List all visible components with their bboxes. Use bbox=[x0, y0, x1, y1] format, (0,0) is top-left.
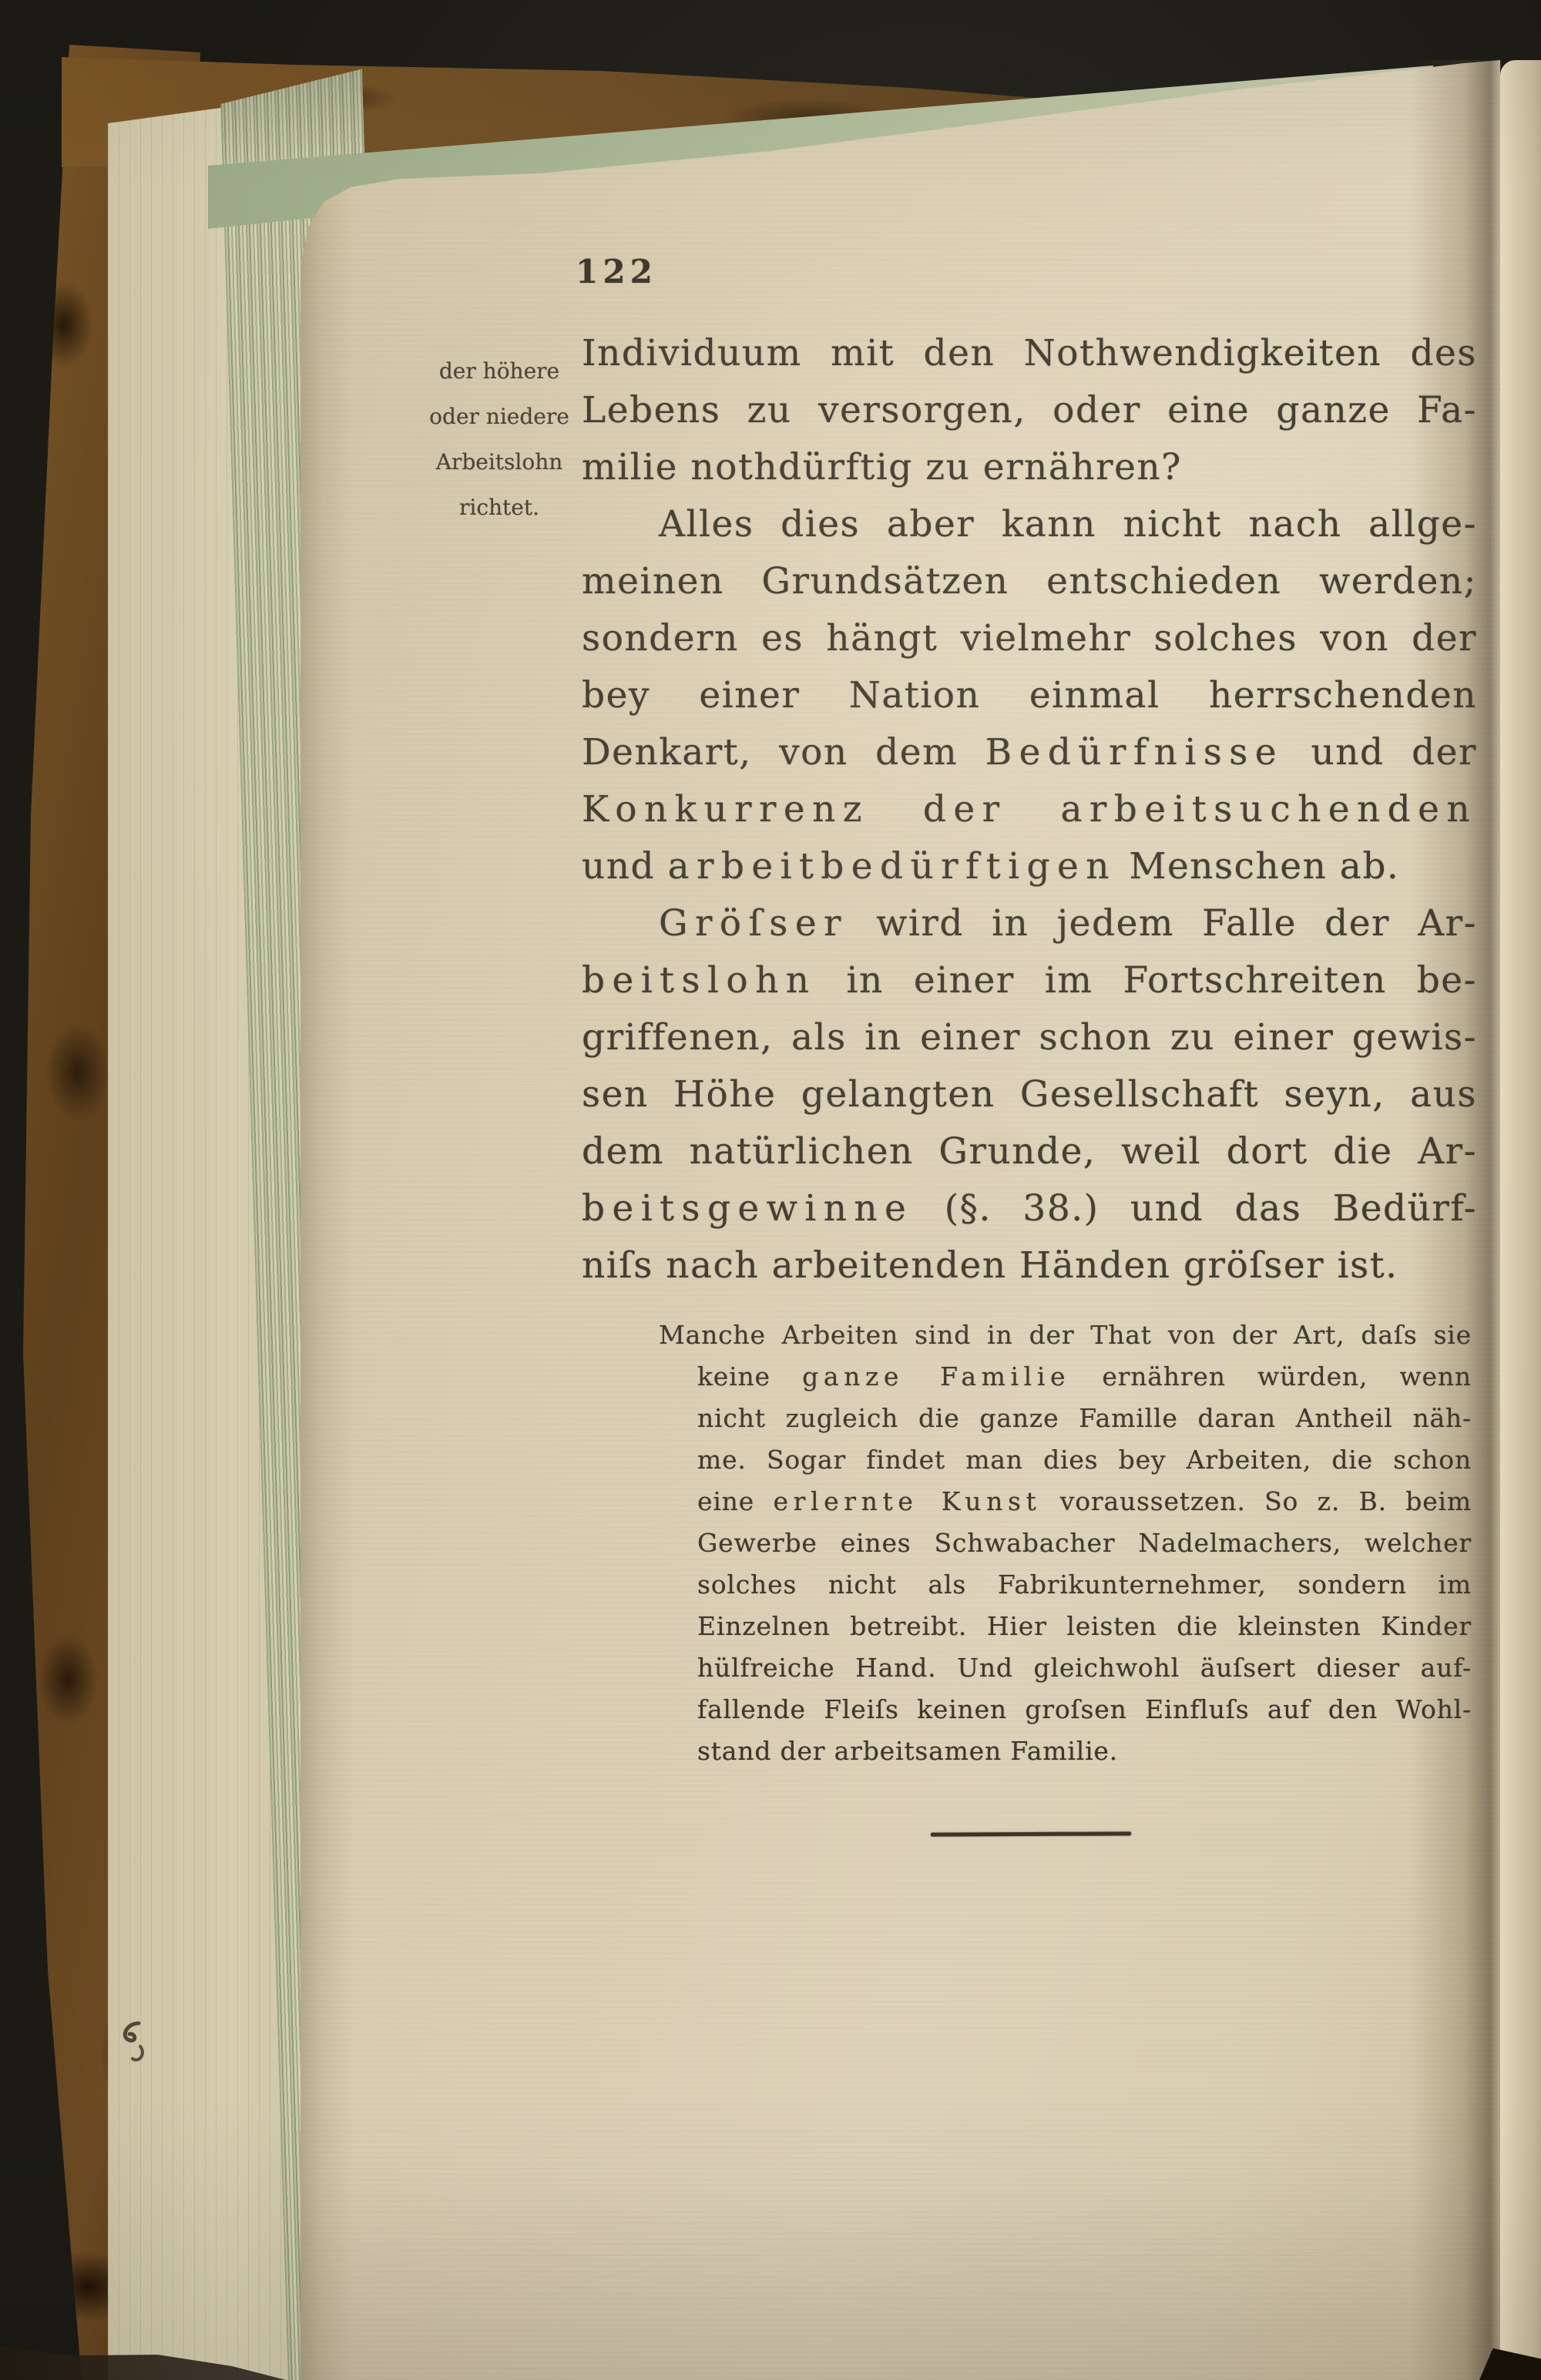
text-segment: und bbox=[582, 845, 668, 888]
text-line: milie nothdürftig zu ernähren? bbox=[582, 439, 1477, 496]
letterspaced-text: beitslohn bbox=[582, 959, 816, 1002]
text-line: nicht zugleich die ganze Famille daran A… bbox=[697, 1398, 1472, 1439]
letterspaced-text: beitsgewinne bbox=[582, 1187, 913, 1230]
text-line: dem natürlichen Grunde, weil dort die Ar… bbox=[582, 1123, 1477, 1180]
text-line: fallende Fleiſs keinen groſsen Einfluſs … bbox=[697, 1689, 1472, 1730]
text-line: me. Sogar findet man dies bey Arbeiten, … bbox=[697, 1439, 1472, 1481]
text-segment: Denkart, von dem bbox=[582, 731, 985, 774]
letterspaced-text: Konkurrenz der arbeitsuchenden bbox=[582, 788, 1477, 831]
text-segment: griffenen, als in einer schon zu einer g… bbox=[582, 1016, 1477, 1059]
text-segment: solches nicht als Fabrikunternehmer, son… bbox=[697, 1569, 1472, 1600]
text-segment: milie nothdürftig zu ernähren? bbox=[582, 446, 1182, 488]
text-line: Einzelnen betreibt. Hier leisten die kle… bbox=[697, 1606, 1472, 1647]
text-segment: eine bbox=[697, 1486, 774, 1516]
text-segment: meinen Grundsätzen entschieden werden; bbox=[582, 560, 1477, 603]
text-segment: Menschen ab. bbox=[1116, 845, 1399, 888]
text-line: niſs nach arbeitenden Händen gröſser ist… bbox=[582, 1237, 1477, 1294]
text-line: Gröſser wird in jedem Falle der Ar- bbox=[582, 895, 1477, 952]
body-text: Individuum mit den Nothwendigkeiten desL… bbox=[582, 325, 1477, 1294]
text-line: Konkurrenz der arbeitsuchenden bbox=[582, 781, 1477, 838]
text-segment: voraussetzen. So z. B. beim bbox=[1041, 1486, 1472, 1516]
text-segment: Alles dies aber kann nicht nach allge- bbox=[659, 503, 1477, 545]
text-segment: in einer im Fortschreiten be- bbox=[816, 959, 1477, 1002]
text-segment: und der bbox=[1284, 731, 1477, 774]
text-line: stand der arbeitsamen Familie. bbox=[697, 1730, 1472, 1772]
letterspaced-text: arbeitbedürftigen bbox=[668, 845, 1116, 888]
text-segment: dem natürlichen Grunde, weil dort die Ar… bbox=[582, 1130, 1477, 1173]
text-segment: me. Sogar findet man dies bey Arbeiten, … bbox=[697, 1445, 1472, 1475]
letterspaced-text: Bedürfnisse bbox=[985, 731, 1284, 774]
text-segment: Gewerbe eines Schwabacher Nadelmachers, … bbox=[697, 1528, 1472, 1558]
text-segment: sen Höhe gelangten Gesellschaft seyn, au… bbox=[582, 1073, 1477, 1116]
letterspaced-text: ganze Familie bbox=[802, 1361, 1070, 1391]
text-line: Denkart, von dem Bedürfnisse und der bbox=[582, 724, 1477, 781]
text-line: keine ganze Familie ernähren würden, wen… bbox=[697, 1356, 1472, 1398]
text-line: Gewerbe eines Schwabacher Nadelmachers, … bbox=[697, 1522, 1472, 1564]
next-page-edge bbox=[1500, 60, 1541, 2380]
margin-note-line: richtet. bbox=[410, 485, 589, 530]
text-line: meinen Grundsätzen entschieden werden; bbox=[582, 553, 1477, 610]
text-segment: wird in jedem Falle der Ar- bbox=[848, 902, 1477, 945]
text-segment: nicht zugleich die ganze Famille daran A… bbox=[697, 1403, 1472, 1433]
book-photo: 122 der höhereoder niedereArbeitslohnric… bbox=[0, 0, 1541, 2380]
text-line: sen Höhe gelangten Gesellschaft seyn, au… bbox=[582, 1066, 1477, 1123]
text-segment: fallende Fleiſs keinen groſsen Einfluſs … bbox=[697, 1694, 1472, 1724]
text-segment: (§. 38.) und das Bedürf- bbox=[913, 1187, 1477, 1230]
text-line: Individuum mit den Nothwendigkeiten des bbox=[582, 325, 1477, 382]
text-line: solches nicht als Fabrikunternehmer, son… bbox=[697, 1564, 1472, 1606]
text-segment: bey einer Nation einmal herrschenden bbox=[582, 674, 1477, 717]
text-segment: Manche Arbeiten sind in der That von der… bbox=[659, 1320, 1472, 1350]
text-line: Alles dies aber kann nicht nach allge- bbox=[582, 496, 1477, 553]
text-line: beitsgewinne (§. 38.) und das Bedürf- bbox=[582, 1180, 1477, 1237]
margin-note: der höhereoder niedereArbeitslohnrichtet… bbox=[410, 348, 589, 530]
page-number: 122 bbox=[555, 253, 678, 290]
text-line: sondern es hängt vielmehr solches von de… bbox=[582, 610, 1477, 667]
text-segment: niſs nach arbeitenden Händen gröſser ist… bbox=[582, 1244, 1398, 1287]
text-segment: sondern es hängt vielmehr solches von de… bbox=[582, 617, 1477, 660]
text-line: griffenen, als in einer schon zu einer g… bbox=[582, 1009, 1477, 1066]
text-line: bey einer Nation einmal herrschenden bbox=[582, 667, 1477, 724]
ink-mark bbox=[106, 2012, 176, 2097]
text-line: hülfreiche Hand. Und gleichwohl äuſsert … bbox=[697, 1647, 1472, 1689]
letterspaced-text: erlernte Kunst bbox=[774, 1486, 1042, 1516]
text-line: Manche Arbeiten sind in der That von der… bbox=[659, 1314, 1472, 1356]
margin-note-line: oder niedere bbox=[410, 394, 589, 439]
text-segment: keine bbox=[697, 1361, 802, 1391]
text-segment: hülfreiche Hand. Und gleichwohl äuſsert … bbox=[697, 1653, 1472, 1683]
text-segment: Einzelnen betreibt. Hier leisten die kle… bbox=[697, 1611, 1472, 1641]
margin-note-line: Arbeitslohn bbox=[410, 439, 589, 485]
text-line: eine erlernte Kunst voraussetzen. So z. … bbox=[697, 1481, 1472, 1522]
letterspaced-text: Gröſser bbox=[659, 902, 848, 945]
footnote-text: Manche Arbeiten sind in der That von der… bbox=[659, 1314, 1472, 1772]
text-segment: Individuum mit den Nothwendigkeiten des bbox=[582, 332, 1477, 374]
text-segment: Lebens zu versorgen, oder eine ganze Fa- bbox=[582, 389, 1477, 431]
margin-note-line: der höhere bbox=[410, 348, 589, 394]
text-line: Lebens zu versorgen, oder eine ganze Fa- bbox=[582, 382, 1477, 439]
text-line: beitslohn in einer im Fortschreiten be- bbox=[582, 952, 1477, 1009]
text-line: und arbeitbedürftigen Menschen ab. bbox=[582, 838, 1477, 895]
text-segment: ernähren würden, wenn bbox=[1070, 1361, 1472, 1391]
text-segment: stand der arbeitsamen Familie. bbox=[697, 1736, 1118, 1766]
